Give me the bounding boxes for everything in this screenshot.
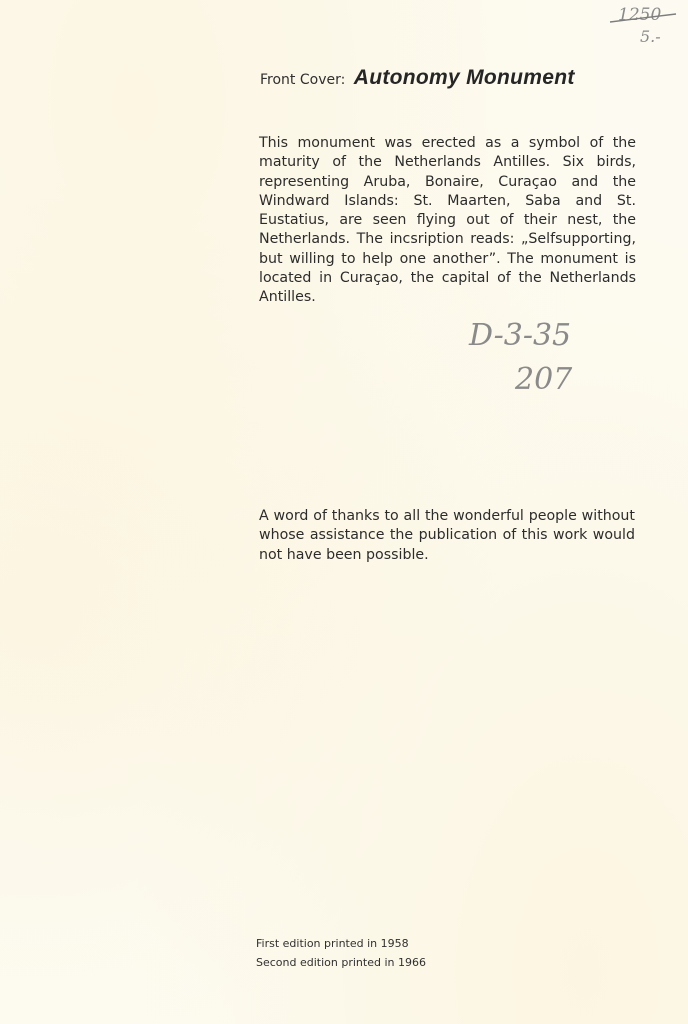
handwritten-note-graphic: D-3-35 207 bbox=[455, 305, 645, 420]
front-cover-title: Autonomy Monument bbox=[354, 66, 575, 89]
edition-info: First edition printed in 1958 Second edi… bbox=[256, 934, 426, 972]
second-edition-line: Second edition printed in 1966 bbox=[256, 953, 426, 972]
handwritten-catalog-note: D-3-35 207 bbox=[455, 305, 645, 420]
first-edition-line: First edition printed in 1958 bbox=[256, 934, 426, 953]
front-cover-caption: Front Cover: Autonomy Monument bbox=[260, 66, 575, 90]
handwritten-note-line-2: 207 bbox=[514, 362, 573, 397]
document-page: 1250 5.- Front Cover: Autonomy Monument … bbox=[0, 0, 688, 1024]
front-cover-label: Front Cover: bbox=[260, 72, 345, 88]
handwritten-price-graphic: 1250 5.- bbox=[596, 2, 682, 46]
handwritten-price-note: 1250 5.- bbox=[596, 2, 682, 46]
monument-description: This monument was erected as a symbol of… bbox=[259, 134, 636, 308]
crossed-out-price: 1250 bbox=[618, 5, 661, 25]
current-price: 5.- bbox=[640, 27, 661, 46]
handwritten-note-line-1: D-3-35 bbox=[468, 318, 571, 353]
acknowledgement-text: A word of thanks to all the wonderful pe… bbox=[259, 507, 635, 565]
